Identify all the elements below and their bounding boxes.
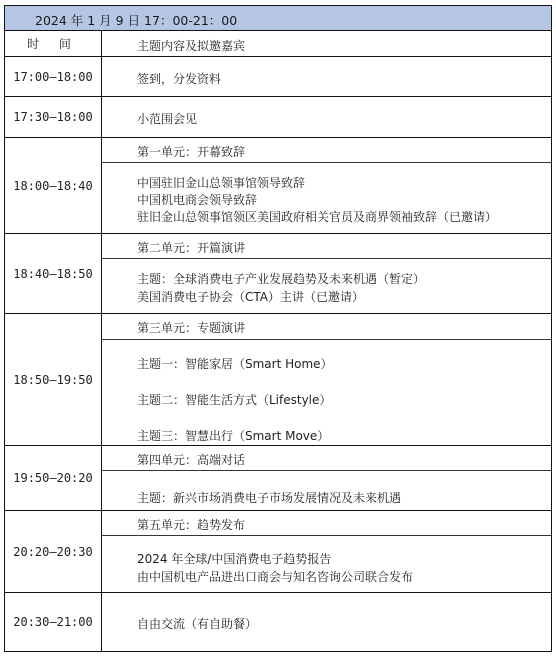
content-line: 小范围会见 — [137, 110, 197, 127]
unit-title: 第三单元：专题演讲 — [137, 319, 245, 336]
unit-title: 第一单元：开幕致辞 — [137, 143, 245, 160]
content-line: 主题：全球消费电子产业发展趋势及未来机遇（暂定） — [137, 270, 425, 287]
date-header: 2024 年 1 月 9 日 17：00-21：00 — [35, 11, 237, 29]
table-row: 17:30—18:00 小范围会见 — [5, 97, 551, 138]
time-cell: 20:30—21:00 — [5, 593, 102, 651]
date-header-row: 2024 年 1 月 9 日 17：00-21：00 — [5, 6, 551, 31]
content-line: 由中国机电产品进出口商会与知名咨询公司联合发布 — [137, 568, 413, 585]
time-cell: 17:00—18:00 — [5, 57, 102, 96]
unit-title: 第五单元：趋势发布 — [137, 516, 245, 533]
time-cell: 20:20—20:30 — [5, 511, 102, 592]
table-row: 20:20—20:30 第五单元：趋势发布 2024 年全球/中国消费电子趋势报… — [5, 511, 551, 593]
time-cell: 17:30—18:00 — [5, 97, 102, 137]
content-line: 中国机电商会领导致辞 — [137, 191, 257, 208]
content-line: 中国驻旧金山总领事馆领导致辞 — [137, 174, 305, 191]
time-cell: 18:00—18:40 — [5, 138, 102, 233]
time-cell: 18:50—19:50 — [5, 314, 102, 445]
agenda-table: 2024 年 1 月 9 日 17：00-21：00 时 间 主题内容及拟邀嘉宾… — [4, 5, 552, 652]
column-header-row: 时 间 主题内容及拟邀嘉宾 — [5, 31, 551, 57]
content-line: 驻旧金山总领事馆领区美国政府相关官员及商界领袖致辞（已邀请） — [137, 208, 497, 225]
content-line: 签到，分发资料 — [137, 70, 221, 87]
content-line: 主题：新兴市场消费电子市场发展情况及未来机遇 — [137, 489, 401, 506]
content-line: 2024 年全球/中国消费电子趋势报告 — [137, 550, 331, 567]
table-row: 18:40—18:50 第二单元：开篇演讲 主题：全球消费电子产业发展趋势及未来… — [5, 234, 551, 314]
content-line: 主题三：智慧出行（Smart Move） — [137, 427, 329, 444]
table-row: 18:50—19:50 第三单元：专题演讲 主题一：智能家居（Smart Hom… — [5, 314, 551, 446]
content-line: 主题一：智能家居（Smart Home） — [137, 355, 333, 372]
table-row: 17:00—18:00 签到，分发资料 — [5, 57, 551, 97]
time-column-header: 时 间 — [5, 31, 102, 56]
table-row: 20:30—21:00 自由交流（有自助餐） — [5, 593, 551, 651]
table-row: 19:50—20:20 第四单元：高端对话 主题：新兴市场消费电子市场发展情况及… — [5, 446, 551, 511]
content-line: 自由交流（有自助餐） — [137, 615, 257, 632]
time-cell: 19:50—20:20 — [5, 446, 102, 510]
table-row: 18:00—18:40 第一单元：开幕致辞 中国驻旧金山总领事馆领导致辞 中国机… — [5, 138, 551, 234]
unit-title: 第二单元：开篇演讲 — [137, 239, 245, 256]
unit-title: 第四单元：高端对话 — [137, 451, 245, 468]
content-line: 主题二：智能生活方式（Lifestyle） — [137, 391, 331, 408]
content-column-header: 主题内容及拟邀嘉宾 — [137, 37, 245, 54]
content-line: 美国消费电子协会（CTA）主讲（已邀请） — [137, 288, 364, 305]
time-cell: 18:40—18:50 — [5, 234, 102, 313]
